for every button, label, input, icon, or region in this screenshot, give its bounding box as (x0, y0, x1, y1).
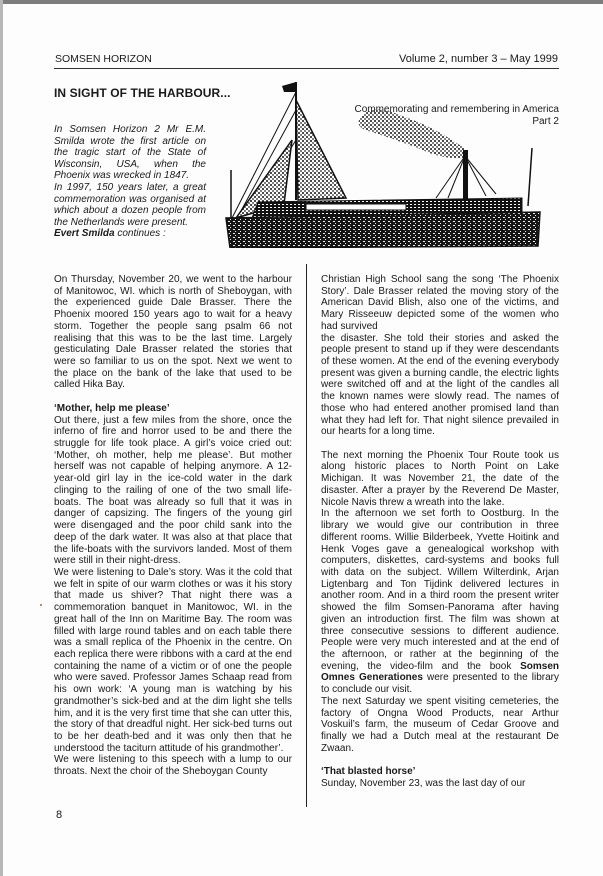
running-header: SOMSEN HORIZON Volume 2, number 3 – May … (54, 50, 559, 69)
subheading-mother-help: ‘Mother, help me please’ (54, 403, 292, 415)
body-paragraph: Out there, just a few miles from the sho… (54, 415, 292, 567)
body-paragraph: Christian High School sang the song ‘The… (321, 274, 559, 333)
page-number: 8 (56, 809, 62, 821)
column-divider (306, 264, 307, 807)
body-paragraph: The next Saturday we spent visiting ceme… (321, 696, 559, 755)
right-column: Christian High School sang the song ‘The… (321, 274, 559, 790)
body-paragraph: We were listening to this speech with a … (54, 754, 292, 777)
publication-name: SOMSEN HORIZON (55, 51, 152, 67)
left-column: On Thursday, November 20, we went to the… (54, 274, 292, 778)
body-paragraph: We were listening to Dale’s story. Was i… (54, 567, 292, 755)
body-paragraph: the disaster. She told their stories and… (321, 333, 559, 438)
caption-line-2: Part 2 (340, 116, 559, 128)
caption-line-1: Commemorating and remembering in America (340, 104, 559, 116)
intro-byline: Evert Smilda continues : (54, 228, 206, 240)
author-name: Evert Smilda (54, 228, 115, 239)
scan-edge-top (0, 0, 603, 4)
article-intro: In Somsen Horizon 2 Mr E.M. Smilda wrote… (54, 124, 206, 240)
body-paragraph: Sunday, November 23, was the last day of… (321, 778, 559, 790)
body-paragraph: On Thursday, November 20, we went to the… (54, 274, 292, 391)
scan-speck (40, 604, 42, 606)
body-paragraph: The next morning the Phoenix Tour Route … (321, 450, 559, 509)
intro-paragraph-1: In Somsen Horizon 2 Mr E.M. Smilda wrote… (54, 124, 206, 182)
issue-info: Volume 2, number 3 – May 1999 (399, 51, 558, 67)
article-caption: Commemorating and remembering in America… (340, 104, 559, 128)
article-title: IN SIGHT OF THE HARBOUR... (54, 86, 231, 100)
byline-suffix: continues : (115, 228, 166, 239)
body-paragraph: In the afternoon we set forth to Oostbur… (321, 508, 559, 696)
intro-paragraph-2: In 1997, 150 years later, a great commem… (54, 182, 206, 228)
scan-edge-left (0, 0, 3, 876)
subheading-blasted-horse: ‘That blasted horse’ (321, 766, 559, 778)
